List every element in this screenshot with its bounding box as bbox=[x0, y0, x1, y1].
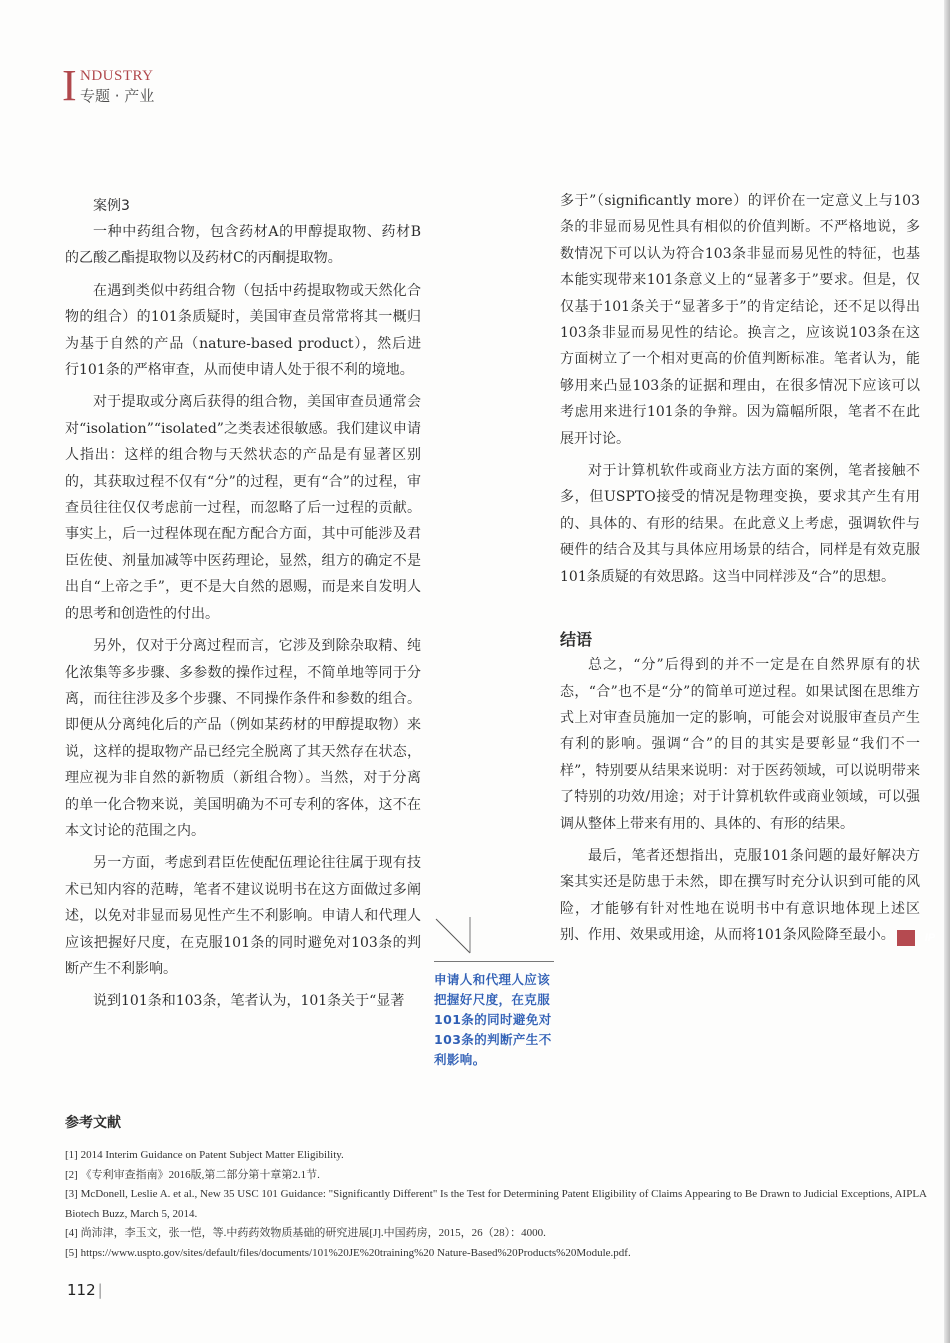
paragraph: 说到101条和103条，笔者认为，101条关于“显著 bbox=[65, 988, 421, 1014]
header-english: NDUSTRY bbox=[80, 68, 154, 85]
paragraph: 总之，“分”后得到的并不一定是在自然界原有的状态，“合”也不是“分”的简单可逆过… bbox=[560, 652, 920, 837]
pullquote-arrow-icon bbox=[434, 917, 554, 957]
paragraph: 另外，仅对于分离过程而言，它涉及到除杂取精、纯化浓集等多步骤、多参数的操作过程，… bbox=[65, 633, 421, 844]
paragraph-text: 最后，笔者还想指出，克服101条问题的最好解决方案其实还是防患于未然，即在撰写时… bbox=[560, 848, 920, 943]
paragraph: 最后，笔者还想指出，克服101条问题的最好解决方案其实还是防患于未然，即在撰写时… bbox=[560, 843, 920, 949]
pullquote-text: 申请人和代理人应该把握好尺度，在克服101条的同时避免对103条的判断产生不利影… bbox=[434, 970, 554, 1070]
section-title: 结语 bbox=[560, 628, 920, 652]
paragraph: 对于计算机软件或商业方法方面的案例，笔者接触不多，但USPTO接受的情况是物理变… bbox=[560, 458, 920, 590]
header-chinese: 专题 · 产业 bbox=[80, 85, 154, 106]
ip-logo-icon: IP bbox=[897, 930, 915, 946]
pull-quote: 申请人和代理人应该把握好尺度，在克服101条的同时避免对103条的判断产生不利影… bbox=[434, 917, 554, 1070]
reference-item: [4] 尚沛津，李玉文，张一恺，等.中药药效物质基础的研究进展[J].中国药房，… bbox=[65, 1224, 935, 1244]
reference-item: [3] McDonell, Leslie A. et al., New 35 U… bbox=[65, 1185, 935, 1224]
scan-edge bbox=[944, 0, 950, 1343]
reference-item: [2] 《专利审查指南》2016版,第二部分第十章第2.1节. bbox=[65, 1166, 935, 1186]
left-column: 案例3 一种中药组合物，包含药材A的甲醇提取物、药材B的乙酸乙酯提取物以及药材C… bbox=[65, 193, 421, 1015]
paragraph: 在遇到类似中药组合物（包括中药提取物或天然化合物的组合）的101条质疑时，美国审… bbox=[65, 278, 421, 384]
paragraph: 对于提取或分离后获得的组合物，美国审查员通常会对“isolation”“isol… bbox=[65, 389, 421, 627]
paragraph: 多于”（significantly more）的评价在一定意义上与103条的非显… bbox=[560, 188, 920, 452]
case-title: 案例3 bbox=[65, 193, 421, 219]
references-title: 参考文献 bbox=[65, 1112, 935, 1132]
paragraph: 另一方面，考虑到君臣佐使配伍理论往往属于现有技术已知内容的范畴，笔者不建议说明书… bbox=[65, 850, 421, 982]
reference-item: [1] 2014 Interim Guidance on Patent Subj… bbox=[65, 1146, 935, 1166]
header-big-letter: I bbox=[62, 66, 77, 106]
paragraph: 一种中药组合物，包含药材A的甲醇提取物、药材B的乙酸乙酯提取物以及药材C的丙酮提… bbox=[65, 219, 421, 272]
page-number-separator: | bbox=[98, 1281, 103, 1299]
reference-item: [5] https://www.uspto.gov/sites/default/… bbox=[65, 1244, 935, 1264]
page-number-value: 112 bbox=[67, 1281, 96, 1299]
references: 参考文献 [1] 2014 Interim Guidance on Patent… bbox=[65, 1112, 935, 1263]
pullquote-rule bbox=[434, 961, 554, 962]
right-column: 多于”（significantly more）的评价在一定意义上与103条的非显… bbox=[560, 188, 920, 949]
page-number: 112| bbox=[67, 1281, 103, 1299]
